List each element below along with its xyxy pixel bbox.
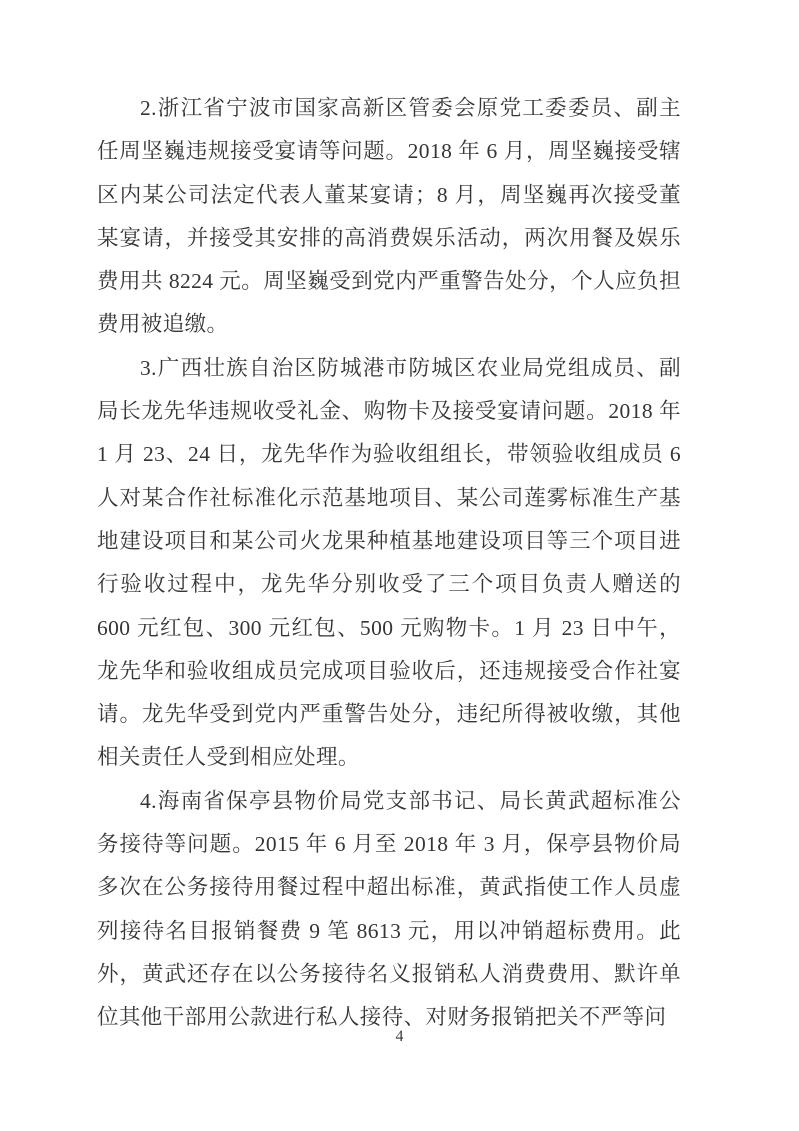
paragraph-case-4: 4.海南省保亭县物价局党支部书记、局长黄武超标准公务接待等问题。2015 年 6… [97, 780, 681, 1040]
document-page: 2.浙江省宁波市国家高新区管委会原党工委委员、副主任周坚巍违规接受宴请等问题。2… [0, 0, 799, 1131]
page-number: 4 [0, 1028, 799, 1046]
paragraph-case-3: 3.广西壮族自治区防城港市防城区农业局党组成员、副局长龙先华违规收受礼金、购物卡… [97, 347, 681, 780]
paragraph-case-2: 2.浙江省宁波市国家高新区管委会原党工委委员、副主任周坚巍违规接受宴请等问题。2… [97, 87, 681, 347]
document-body: 2.浙江省宁波市国家高新区管委会原党工委委员、副主任周坚巍违规接受宴请等问题。2… [97, 87, 681, 1040]
